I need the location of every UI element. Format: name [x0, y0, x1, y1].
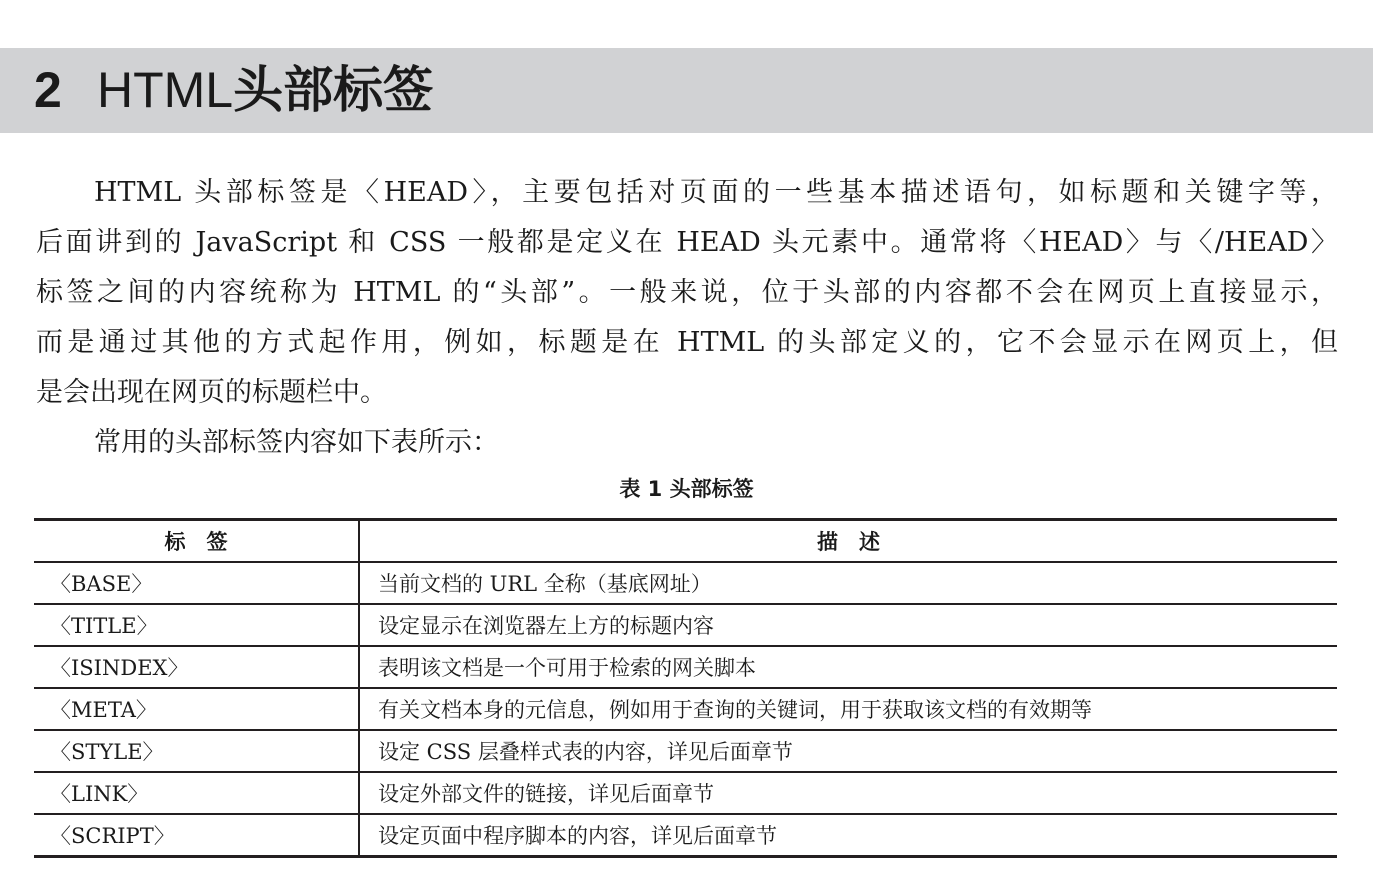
table-header-row: 标 签 描 述	[34, 520, 1337, 563]
table-caption: 表 1 头部标签	[0, 474, 1373, 504]
section-title-zh: 头部标签	[233, 61, 433, 119]
table-intro-paragraph: 常用的头部标签内容如下表所示：	[36, 418, 1338, 468]
tag-cell: 〈TITLE〉	[34, 604, 359, 646]
column-header-tag: 标 签	[34, 520, 359, 563]
table-row: 〈STYLE〉 设定 CSS 层叠样式表的内容，详见后面章节	[34, 730, 1337, 772]
description-cell: 表明该文档是一个可用于检索的网关脚本	[359, 646, 1337, 688]
description-cell: 设定页面中程序脚本的内容，详见后面章节	[359, 814, 1337, 857]
paragraph-line: 后面讲到的 JavaScript 和 CSS 一般都是定义在 HEAD 头元素中…	[36, 218, 1338, 268]
section-number: 2	[34, 60, 62, 120]
description-cell: 设定外部文件的链接，详见后面章节	[359, 772, 1337, 814]
column-header-description: 描 述	[359, 520, 1337, 563]
table-row: 〈BASE〉 当前文档的 URL 全称（基底网址）	[34, 562, 1337, 604]
table-row: 〈TITLE〉 设定显示在浏览器左上方的标题内容	[34, 604, 1337, 646]
section-title: HTML头部标签	[97, 60, 433, 120]
description-cell: 当前文档的 URL 全称（基底网址）	[359, 562, 1337, 604]
paragraph-line: 标签之间的内容统称为 HTML 的“头部”。一般来说，位于头部的内容都不会在网页…	[36, 268, 1338, 318]
table-row: 〈LINK〉 设定外部文件的链接，详见后面章节	[34, 772, 1337, 814]
head-tags-table: 标 签 描 述 〈BASE〉 当前文档的 URL 全称（基底网址） 〈TITLE…	[34, 518, 1337, 858]
description-cell: 设定显示在浏览器左上方的标题内容	[359, 604, 1337, 646]
tag-cell: 〈LINK〉	[34, 772, 359, 814]
description-cell: 设定 CSS 层叠样式表的内容，详见后面章节	[359, 730, 1337, 772]
tag-cell: 〈BASE〉	[34, 562, 359, 604]
table-row: 〈SCRIPT〉 设定页面中程序脚本的内容，详见后面章节	[34, 814, 1337, 857]
tag-cell: 〈SCRIPT〉	[34, 814, 359, 857]
tag-cell: 〈META〉	[34, 688, 359, 730]
table-row: 〈META〉 有关文档本身的元信息，例如用于查询的关键词，用于获取该文档的有效期…	[34, 688, 1337, 730]
paragraph-line: 而是通过其他的方式起作用，例如，标题是在 HTML 的头部定义的，它不会显示在网…	[36, 318, 1338, 368]
intro-paragraph: HTML 头部标签是〈HEAD〉，主要包括对页面的一些基本描述语句，如标题和关键…	[36, 168, 1338, 468]
tag-cell: 〈STYLE〉	[34, 730, 359, 772]
tag-cell: 〈ISINDEX〉	[34, 646, 359, 688]
paragraph-line: HTML 头部标签是〈HEAD〉，主要包括对页面的一些基本描述语句，如标题和关键…	[36, 168, 1338, 218]
table-row: 〈ISINDEX〉 表明该文档是一个可用于检索的网关脚本	[34, 646, 1337, 688]
paragraph-line: 是会出现在网页的标题栏中。	[36, 368, 1338, 418]
section-title-latin: HTML	[97, 62, 233, 118]
description-cell: 有关文档本身的元信息，例如用于查询的关键词，用于获取该文档的有效期等	[359, 688, 1337, 730]
